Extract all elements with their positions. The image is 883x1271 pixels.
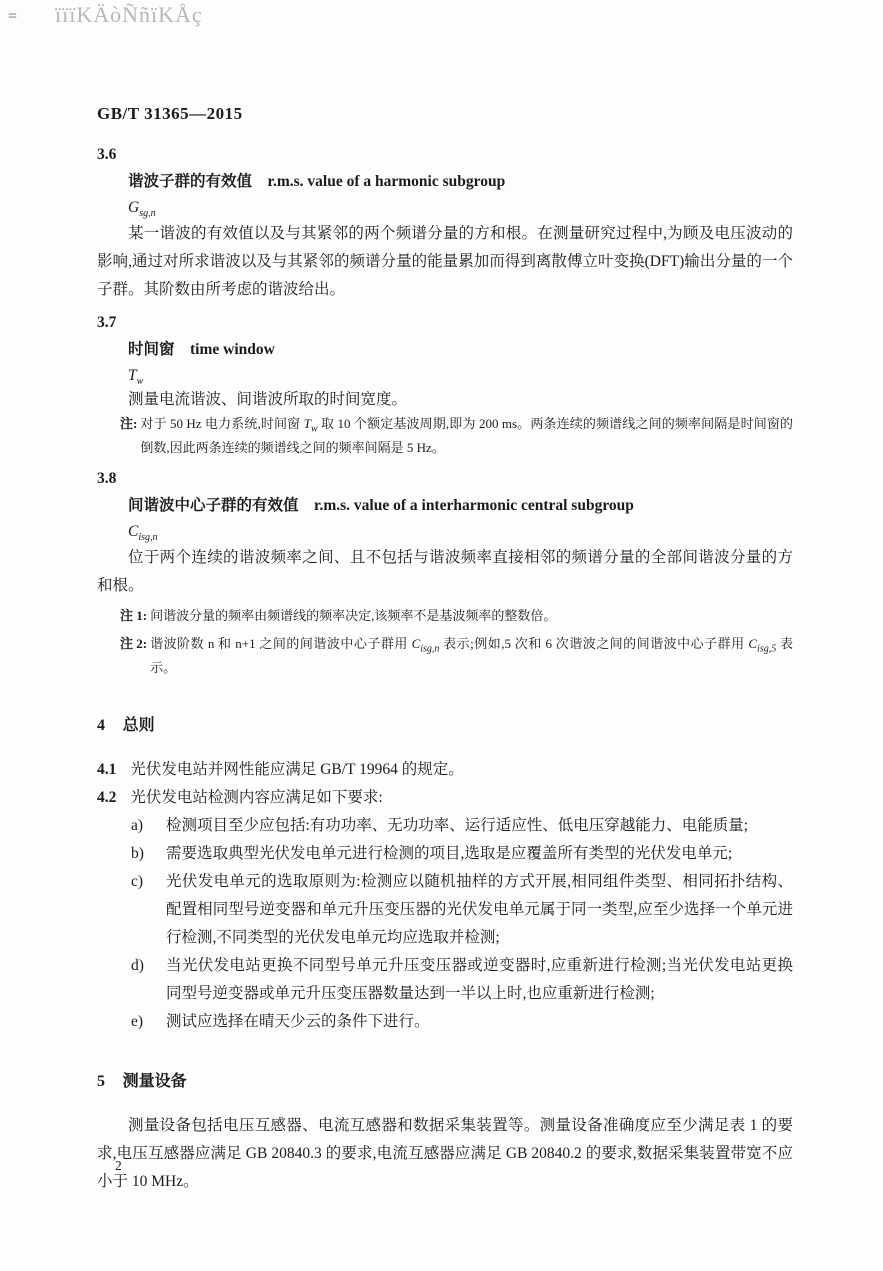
standard-number-header: GB/T 31365—2015 <box>97 104 243 124</box>
note-3-8-2-text: 谐波阶数 n 和 n+1 之间的间谐波中心子群用 Cisg,n 表示;例如,5 … <box>150 632 793 680</box>
list-item-b-label: b) <box>131 840 166 868</box>
chapter-5-title: 测量设备 <box>123 1073 187 1090</box>
symbol-3-8: Cisg,n <box>97 520 793 544</box>
term-3-6-en: r.m.s. value of a harmonic subgroup <box>268 173 506 190</box>
term-3-6-cn: 谐波子群的有效值 <box>128 173 252 190</box>
list-item-c-text: 光伏发电单元的选取原则为:检测应以随机抽样的方式开展,相同组件类型、相同拓扑结构… <box>166 868 793 952</box>
note-3-8-1-label: 注 1: <box>120 604 147 628</box>
definition-3-7: 测量电流谐波、间谐波所取的时间宽度。 <box>97 388 793 412</box>
definition-3-8: 位于两个连续的谐波频率之间、且不包括与谐波频率直接相邻的频谱分量的全部间谐波分量… <box>97 544 793 600</box>
definition-3-6: 某一谐波的有效值以及与其紧邻的两个频谱分量的方和根。在测量研究过程中,为顾及电压… <box>97 220 793 304</box>
clause-number-3-7: 3.7 <box>97 312 793 334</box>
document-page: = ïïïKÄòÑñïKÅç GB/T 31365—2015 3.6 谐波子群的… <box>0 0 883 1271</box>
term-3-6: 谐波子群的有效值r.m.s. value of a harmonic subgr… <box>97 170 793 194</box>
term-3-7: 时间窗time window <box>97 338 793 362</box>
chapter-4-heading: 4总则 <box>97 714 793 738</box>
term-3-7-cn: 时间窗 <box>128 341 175 358</box>
term-3-8-en: r.m.s. value of a interharmonic central … <box>314 497 634 514</box>
symbol-3-6: Gsg,n <box>97 196 793 220</box>
clause-4-2-number: 4.2 <box>97 789 116 806</box>
note-3-7-label: 注: <box>120 412 137 460</box>
list-item-a-text: 检测项目至少应包括:有功功率、无功功率、运行适应性、低电压穿越能力、电能质量; <box>166 812 793 840</box>
clause-4-2-text: 光伏发电站检测内容应满足如下要求: <box>130 789 382 806</box>
clause-4-1-number: 4.1 <box>97 761 116 778</box>
note-3-7-text: 对于 50 Hz 电力系统,时间窗 Tw 取 10 个额定基波周期,即为 200… <box>140 412 793 460</box>
note-3-8-2: 注 2: 谐波阶数 n 和 n+1 之间的间谐波中心子群用 Cisg,n 表示;… <box>120 632 793 680</box>
list-item-c-label: c) <box>131 868 166 952</box>
watermark-text: ïïïKÄòÑñïKÅç <box>55 2 203 28</box>
symbol-3-7: Tw <box>97 364 793 388</box>
document-body: 3.6 谐波子群的有效值r.m.s. value of a harmonic s… <box>97 144 793 1200</box>
term-3-7-en: time window <box>190 341 275 358</box>
list-item-b: b) 需要选取典型光伏发电单元进行检测的项目,选取是应覆盖所有类型的光伏发电单元… <box>97 840 793 868</box>
page-number: 2 <box>115 1158 122 1174</box>
list-item-a-label: a) <box>131 812 166 840</box>
chapter-5-paragraph: 测量设备包括电压互感器、电流互感器和数据采集装置等。测量设备准确度应至少满足表 … <box>97 1112 793 1196</box>
list-item-a: a) 检测项目至少应包括:有功功率、无功功率、运行适应性、低电压穿越能力、电能质… <box>97 812 793 840</box>
note-3-8-1-text: 间谐波分量的频率由频谱线的频率决定,该频率不是基波频率的整数倍。 <box>150 604 793 628</box>
clause-number-3-8: 3.8 <box>97 468 793 490</box>
list-item-d: d) 当光伏发电站更换不同型号单元升压变压器或逆变器时,应重新进行检测;当光伏发… <box>97 952 793 1008</box>
clause-4-1-text: 光伏发电站并网性能应满足 GB/T 19964 的规定。 <box>130 761 463 778</box>
list-item-d-label: d) <box>131 952 166 1008</box>
note-3-8-1: 注 1: 间谐波分量的频率由频谱线的频率决定,该频率不是基波频率的整数倍。 <box>120 604 793 628</box>
list-item-c: c) 光伏发电单元的选取原则为:检测应以随机抽样的方式开展,相同组件类型、相同拓… <box>97 868 793 952</box>
chapter-4-title: 总则 <box>123 717 155 734</box>
list-item-e-label: e) <box>131 1008 166 1036</box>
term-3-8: 间谐波中心子群的有效值r.m.s. value of a interharmon… <box>97 494 793 518</box>
clause-number-3-6: 3.6 <box>97 144 793 166</box>
chapter-4-number: 4 <box>97 717 105 734</box>
term-3-8-cn: 间谐波中心子群的有效值 <box>128 497 299 514</box>
list-item-d-text: 当光伏发电站更换不同型号单元升压变压器或逆变器时,应重新进行检测;当光伏发电站更… <box>166 952 793 1008</box>
note-3-8-2-label: 注 2: <box>120 632 147 680</box>
chapter-5-number: 5 <box>97 1073 105 1090</box>
list-item-e: e) 测试应选择在晴天少云的条件下进行。 <box>97 1008 793 1036</box>
list-item-b-text: 需要选取典型光伏发电单元进行检测的项目,选取是应覆盖所有类型的光伏发电单元; <box>166 840 793 868</box>
list-item-e-text: 测试应选择在晴天少云的条件下进行。 <box>166 1008 793 1036</box>
scan-artifact-mark: = <box>8 8 18 26</box>
note-3-7: 注: 对于 50 Hz 电力系统,时间窗 Tw 取 10 个额定基波周期,即为 … <box>120 412 793 460</box>
clause-4-1: 4.1光伏发电站并网性能应满足 GB/T 19964 的规定。 <box>97 756 793 784</box>
chapter-5-heading: 5测量设备 <box>97 1070 793 1094</box>
clause-4-2: 4.2光伏发电站检测内容应满足如下要求: <box>97 784 793 812</box>
